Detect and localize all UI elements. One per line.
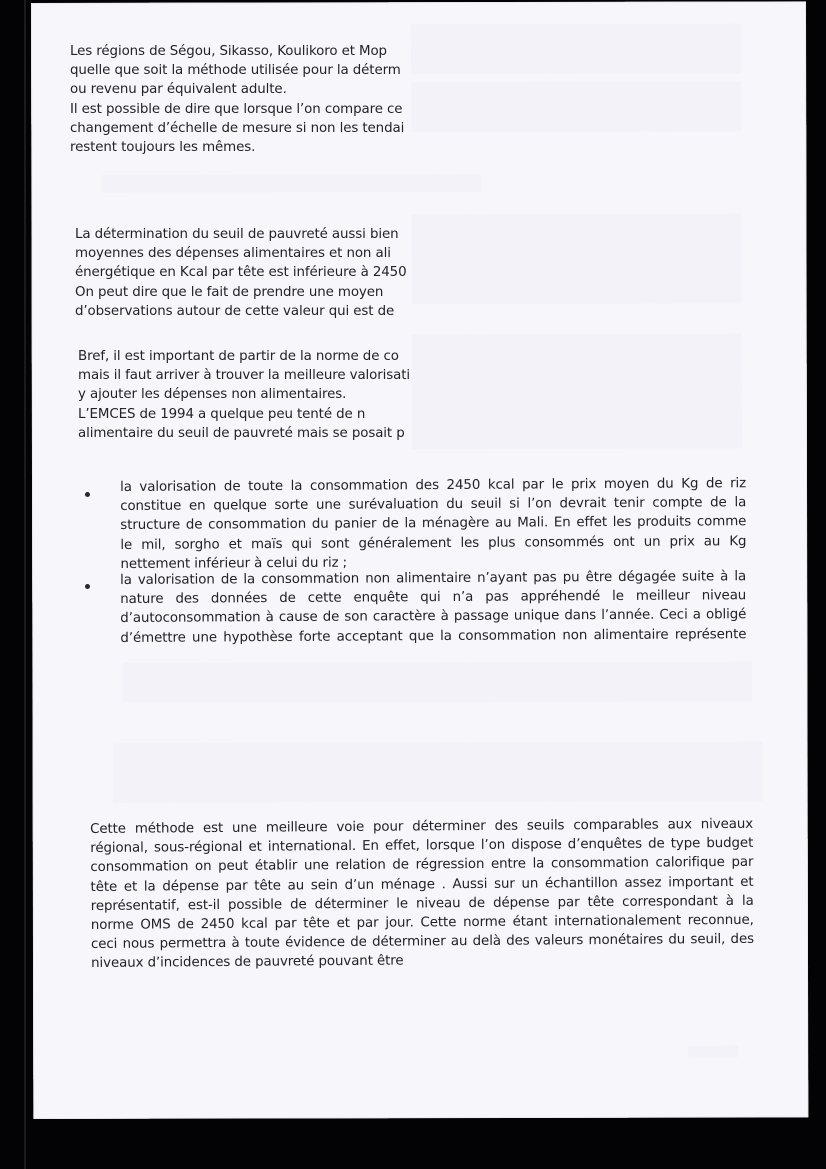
faded-page-number (688, 1046, 738, 1058)
text-line: changement d’échelle de mesure si non le… (70, 119, 415, 138)
text-line: le mil, sorgho et maïs qui sont générale… (120, 532, 746, 555)
bullet-item-non-food-valuation: la valorisation de la consommation non a… (120, 567, 746, 648)
faded-text-region (411, 214, 741, 305)
faded-text-region (411, 82, 741, 133)
text-line: d’émettre une hypothèse forte acceptant … (120, 625, 746, 648)
faded-text-region (122, 661, 752, 702)
bullet-icon (85, 584, 90, 589)
text-line: ou revenu par équivalent adulte. (70, 80, 415, 99)
text-line: Les régions de Ségou, Sikasso, Koulikoro… (70, 42, 415, 61)
text-line: mais il faut arriver à trouver la meille… (78, 366, 418, 385)
paragraph-threshold-determination: La détermination du seuil de pauvreté au… (75, 225, 415, 321)
text-line: énergétique en Kcal par tête est inférie… (75, 263, 415, 282)
paragraph-summary-emces: Bref, il est important de partir de la n… (78, 347, 418, 443)
bullet-icon (85, 492, 90, 497)
text-line: La détermination du seuil de pauvreté au… (75, 225, 415, 244)
scanner-edge-line (24, 0, 26, 1169)
faded-text-region (411, 24, 741, 75)
text-line: d’observations autour de cette valeur qu… (75, 302, 415, 321)
text-line: alimentaire du seuil de pauvreté mais se… (78, 424, 418, 443)
text-line: moyennes des dépenses alimentaires et no… (75, 244, 415, 263)
text-line: Bref, il est important de partir de la n… (78, 347, 418, 366)
text-line: Il est possible de dire que lorsque l’on… (70, 100, 415, 119)
text-line: L’EMCES de 1994 a quelque peu tenté de n (78, 405, 418, 424)
text-line: restent toujours les mêmes. (70, 138, 415, 157)
bullet-item-rice-valuation: la valorisation de toute la consommation… (120, 474, 747, 574)
text-line: quelle que soit la méthode utilisée pour… (70, 61, 415, 80)
paragraph-calorie-method: Cette méthode est une meilleure voie pou… (90, 815, 754, 974)
paragraph-regions: Les régions de Ségou, Sikasso, Koulikoro… (70, 42, 415, 157)
faded-heading (101, 174, 481, 193)
text-line: y ajouter les dépenses non alimentaires. (78, 385, 418, 404)
faded-heading (113, 741, 763, 802)
text-line: On peut dire que le fait de prendre une … (75, 283, 415, 302)
faded-text-region (412, 334, 742, 450)
